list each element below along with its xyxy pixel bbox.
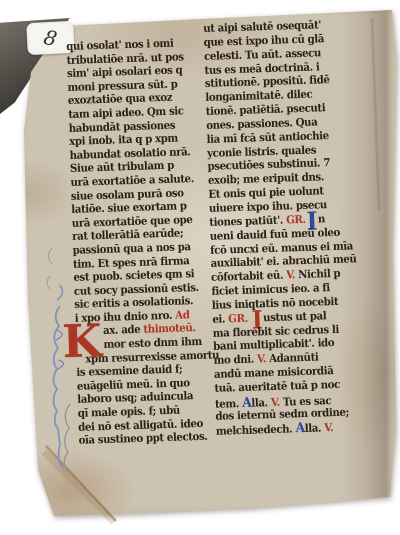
ink-span-ab: A [295,420,305,436]
ink-span: Nichil p [295,267,341,281]
ink-span-r: Ad [175,308,190,321]
ink-span-r: thimoteū. [143,322,196,337]
ink-span: ustus ut pal [263,309,326,324]
text-column-left: K qui osolat' nos i omitribulatiōe nrā. … [66,36,219,448]
ink-span: Adannūti [266,351,319,366]
ink-span: mo dni. [213,353,257,367]
ink-span: tiones patiūt'. [209,213,286,228]
ink-span-r: GR. [286,213,306,227]
ink-span-r: V. [324,422,333,435]
ink-span: melchisedech. [216,423,296,438]
ink-span: ax. ade [103,323,144,337]
ink-span: n [318,212,325,225]
manuscript-photo: 8 K qui osolat' nos i omitribulatiōe nrā… [0,0,400,535]
page-number: 8 [42,27,59,49]
ink-span: lla. [305,422,325,436]
text-column-right: ut aipi salutē osequāt'que est ixpo ihu … [203,17,368,437]
ink-span-r: GR. [228,311,248,325]
ink-span: ei. [212,312,228,325]
ink-span: cōfortabit eū. [211,269,287,284]
